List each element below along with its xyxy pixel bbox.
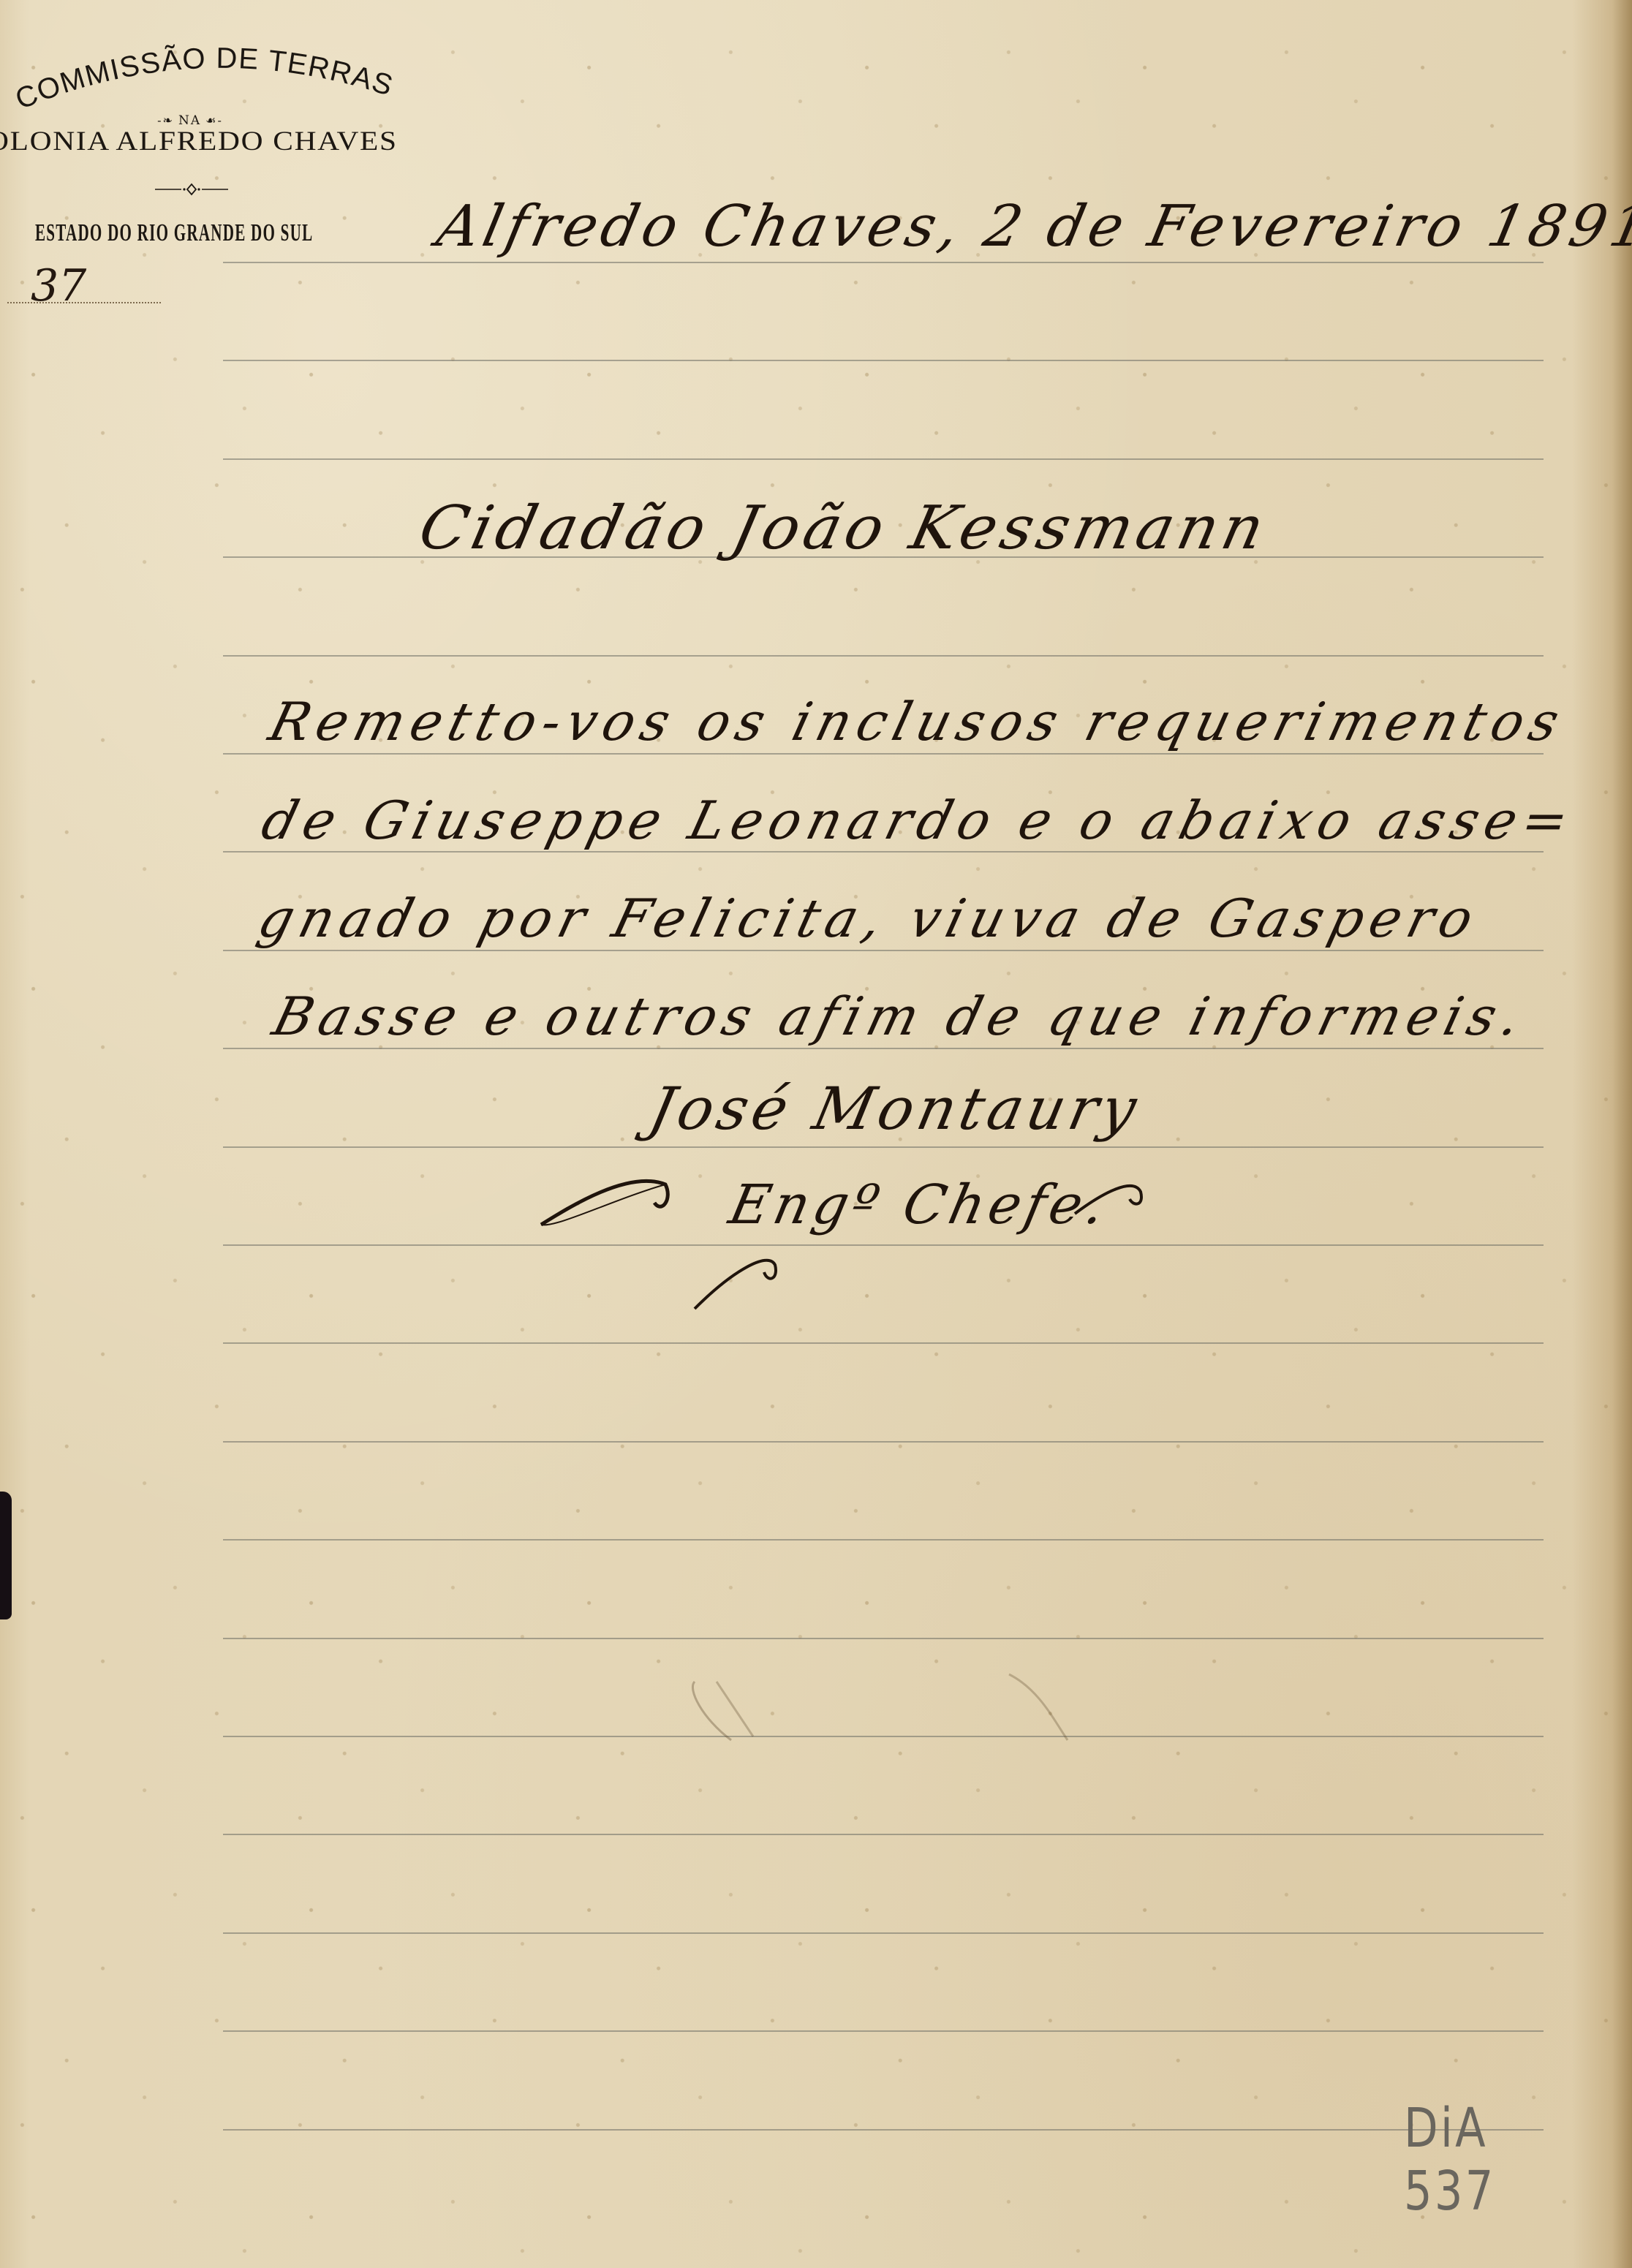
- ruled-line: [223, 1244, 1544, 1246]
- letterhead-ornament-icon: [155, 183, 228, 196]
- ruled-line: [223, 360, 1544, 361]
- signatory-title: Engº Chefe.: [724, 1173, 1114, 1236]
- paper-edge-tear: [0, 1492, 12, 1619]
- document-number: 37: [31, 260, 86, 311]
- svg-text:COMMISSÃO DE TERRAS: COMMISSÃO DE TERRAS: [11, 42, 397, 116]
- body-line-1: Remetto-vos os inclusos requerimentos: [263, 691, 1572, 752]
- body-line-2: de Giuseppe Leonardo e o abaixo asse=: [256, 790, 1582, 851]
- ruled-line: [223, 753, 1544, 755]
- ink-bleed-through-marks: [658, 1667, 1170, 1769]
- ruled-line: [223, 458, 1544, 460]
- signature: José Montaury: [643, 1075, 1146, 1143]
- ruled-line: [223, 2129, 1544, 2131]
- ruled-line: [223, 851, 1544, 853]
- body-line-3: gnado por Felicita, viuva de Gaspero: [252, 888, 1486, 949]
- ruled-line: [223, 1342, 1544, 1344]
- ruled-line: [223, 950, 1544, 951]
- letterhead-colonia: OLONIA ALFREDO CHAVES: [0, 126, 398, 157]
- ruled-line: [223, 1048, 1544, 1049]
- ruled-line: [223, 1736, 1544, 1737]
- scanned-letter-page: COMMISSÃO DE TERRAS COMMISSÃO DE TERRAS …: [0, 0, 1632, 2268]
- ruled-line: [223, 1932, 1544, 1934]
- ruled-line: [223, 262, 1544, 263]
- ruled-line: [223, 1638, 1544, 1639]
- addressee-line: Cidadão João Kessmann: [413, 494, 1274, 563]
- archive-reference-stamp: DiA 537: [1404, 2097, 1591, 2223]
- ruled-line: [223, 1834, 1544, 1835]
- ruled-line: [223, 2030, 1544, 2032]
- ruled-line: [223, 655, 1544, 657]
- body-line-4: Basse e outros afim de que informeis.: [267, 986, 1533, 1047]
- ruled-line: [223, 1441, 1544, 1443]
- letterhead-estado: ESTADO DO RIO GRANDE DO SUL: [35, 219, 313, 247]
- letterhead-commission-title: COMMISSÃO DE TERRAS COMMISSÃO DE TERRAS: [7, 42, 388, 108]
- ruled-line: [223, 1539, 1544, 1541]
- document-number-dotted-line: [7, 302, 161, 303]
- ruled-line: [223, 1146, 1544, 1148]
- date-line: Alfredo Chaves, 2 de Fevereiro 1891: [431, 194, 1632, 260]
